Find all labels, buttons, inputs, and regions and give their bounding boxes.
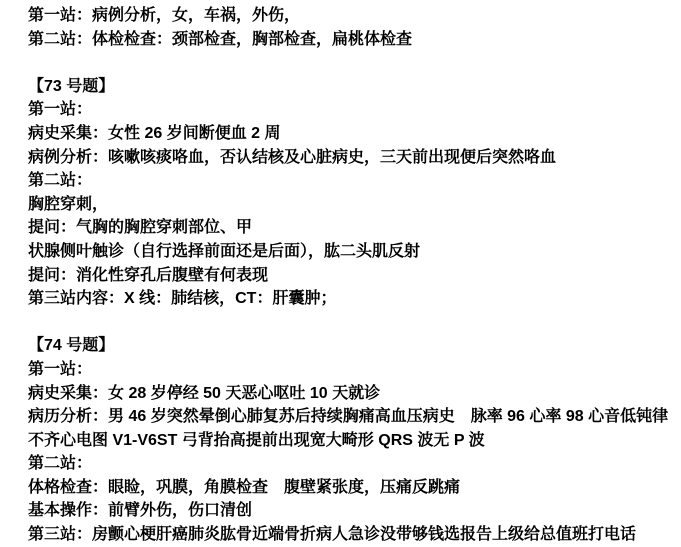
text-line: 病历分析：男 46 岁突然晕倒心肺复苏后持续胸痛高血压病史 脉率 96 心率 9… xyxy=(28,405,675,429)
text-line: 第二站： xyxy=(28,452,675,476)
text-line: 基本操作：前臂外伤，伤口清创 xyxy=(28,499,675,523)
text-line: 第三站内容：X 线：肺结核，CT：肝囊肿； xyxy=(28,287,675,311)
text-line: 不齐心电图 V1-V6ST 弓背抬高提前出现宽大畸形 QRS 波无 P 波 xyxy=(28,429,675,453)
text-line: 胸腔穿刺， xyxy=(28,193,675,217)
text-line: 第三站：房颤心梗肝癌肺炎肱骨近端骨折病人急诊没带够钱选报告上级给总值班打电话 xyxy=(28,523,675,547)
text-line: 病例分析：咳嗽咳痰咯血，否认结核及心脏病史，三天前出现便后突然咯血 xyxy=(28,146,675,170)
text-line: 【73 号题】 xyxy=(28,75,675,99)
text-line: 第一站： xyxy=(28,358,675,382)
text-line xyxy=(28,311,675,335)
text-line: 提问：消化性穿孔后腹壁有何表现 xyxy=(28,264,675,288)
text-line: 提问：气胸的胸腔穿刺部位、甲 xyxy=(28,216,675,240)
text-line: 第二站： xyxy=(28,169,675,193)
text-line: 第一站： xyxy=(28,98,675,122)
text-line: 【74 号题】 xyxy=(28,334,675,358)
text-line: 病史采集：女 28 岁停经 50 天恶心呕吐 10 天就诊 xyxy=(28,382,675,406)
text-line: 状腺侧叶触诊（自行选择前面还是后面），肱二头肌反射 xyxy=(28,240,675,264)
text-line: 第二站：体检检查：颈部检查，胸部检查，扁桃体检查 xyxy=(28,28,675,52)
text-line: 病史采集：女性 26 岁间断便血 2 周 xyxy=(28,122,675,146)
text-line xyxy=(28,51,675,75)
document-text: 第一站：病例分析，女，车祸，外伤，第二站：体检检查：颈部检查，胸部检查，扁桃体检… xyxy=(28,4,675,547)
text-line: 体格检查：眼睑，巩膜，角膜检查 腹壁紧张度，压痛反跳痛 xyxy=(28,476,675,500)
text-line: 第一站：病例分析，女，车祸，外伤， xyxy=(28,4,675,28)
document-page: 第一站：病例分析，女，车祸，外伤，第二站：体检检查：颈部检查，胸部检查，扁桃体检… xyxy=(0,0,681,547)
